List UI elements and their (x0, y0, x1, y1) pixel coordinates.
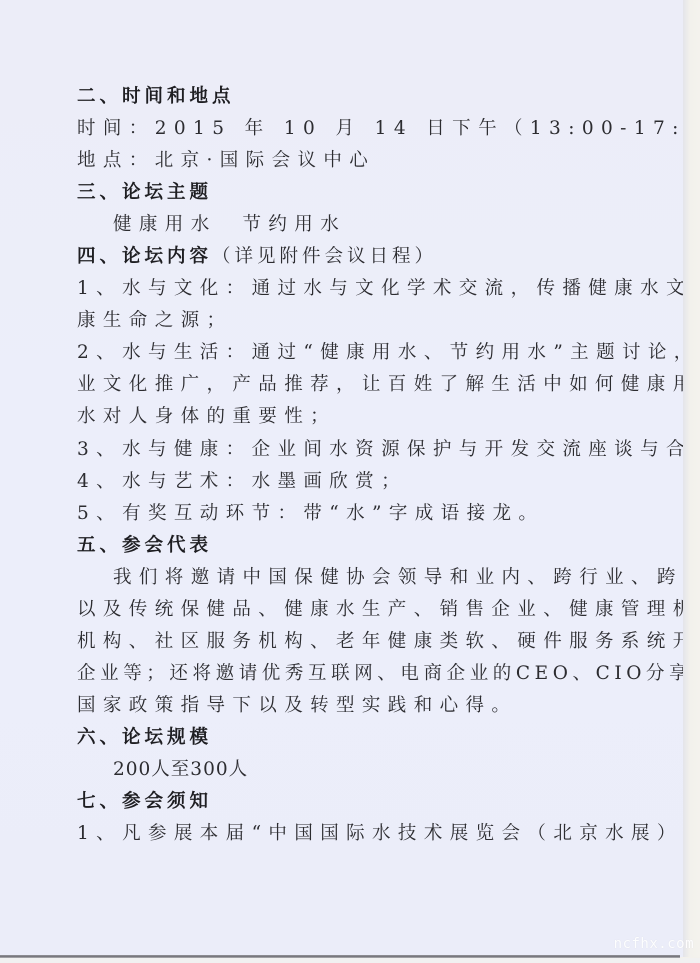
content-item-1-line-2: 康生命之源； (77, 305, 602, 337)
section-heading-content: 四、论坛内容 (77, 246, 212, 267)
section-heading-content-row: 四、论坛内容（详见附件会议日程） (77, 241, 602, 273)
attendees-para-line-4: 企业等；还将邀请优秀互联网、电商企业的CEO、CIO分享他们在 (77, 658, 602, 690)
section-heading-note: （详见附件会议日程） (212, 246, 437, 267)
scanned-page: 二、时间和地点 时间：2015 年 10 月 14 日下午（13:00-17:0… (0, 0, 683, 957)
notice-item-1-line-1: 1、凡参展本届“中国国际水技术展览会（北京水展）和第十八届 (77, 818, 602, 850)
document-body: 二、时间和地点 时间：2015 年 10 月 14 日下午（13:00-17:0… (77, 81, 602, 850)
watermark-text: ncfhx.com (614, 936, 694, 952)
section-heading-notice: 七、参会须知 (77, 786, 602, 818)
page-right-margin-strip (683, 0, 700, 957)
scale-line: 200人至300人 (77, 754, 602, 786)
content-item-2-line-2: 业文化推广，产品推荐，让百姓了解生活中如何健康用水，了解 (77, 369, 602, 401)
theme-line: 健康用水 节约用水 (77, 209, 602, 241)
attendees-para-line-2: 以及传统保健品、健康水生产、销售企业、健康管理机构、养老 (77, 594, 602, 626)
section-heading-time-place: 二、时间和地点 (77, 81, 602, 113)
section-heading-attendees: 五、参会代表 (77, 530, 602, 562)
attendees-para-line-5: 国家政策指导下以及转型实践和心得。 (77, 690, 602, 722)
time-line: 时间：2015 年 10 月 14 日下午（13:00-17:00） (77, 113, 602, 145)
content-item-2-line-1: 2、水与生活：通过“健康用水、节约用水”主题讨论，水产品企 (77, 337, 602, 369)
place-line: 地点：北京·国际会议中心 (77, 145, 602, 177)
attendees-para-line-1: 我们将邀请中国保健协会领导和业内、跨行业、跨领域专家 (77, 562, 602, 594)
content-item-5: 5、有奖互动环节：带“水”字成语接龙。 (77, 498, 602, 530)
attendees-para-line-3: 机构、社区服务机构、老年健康类软、硬件服务系统开发与集成 (77, 626, 602, 658)
section-heading-scale: 六、论坛规模 (77, 722, 602, 754)
section-heading-theme: 三、论坛主题 (77, 177, 602, 209)
content-item-4: 4、水与艺术：水墨画欣赏； (77, 466, 602, 498)
content-item-3: 3、水与健康：企业间水资源保护与开发交流座谈与合作； (77, 434, 602, 466)
content-item-2-line-3: 水对人身体的重要性； (77, 401, 602, 433)
scan-bottom-strip (0, 958, 700, 963)
content-item-1-line-1: 1、水与文化：通过水与文化学术交流，传播健康水文化、共筑健 (77, 273, 602, 305)
